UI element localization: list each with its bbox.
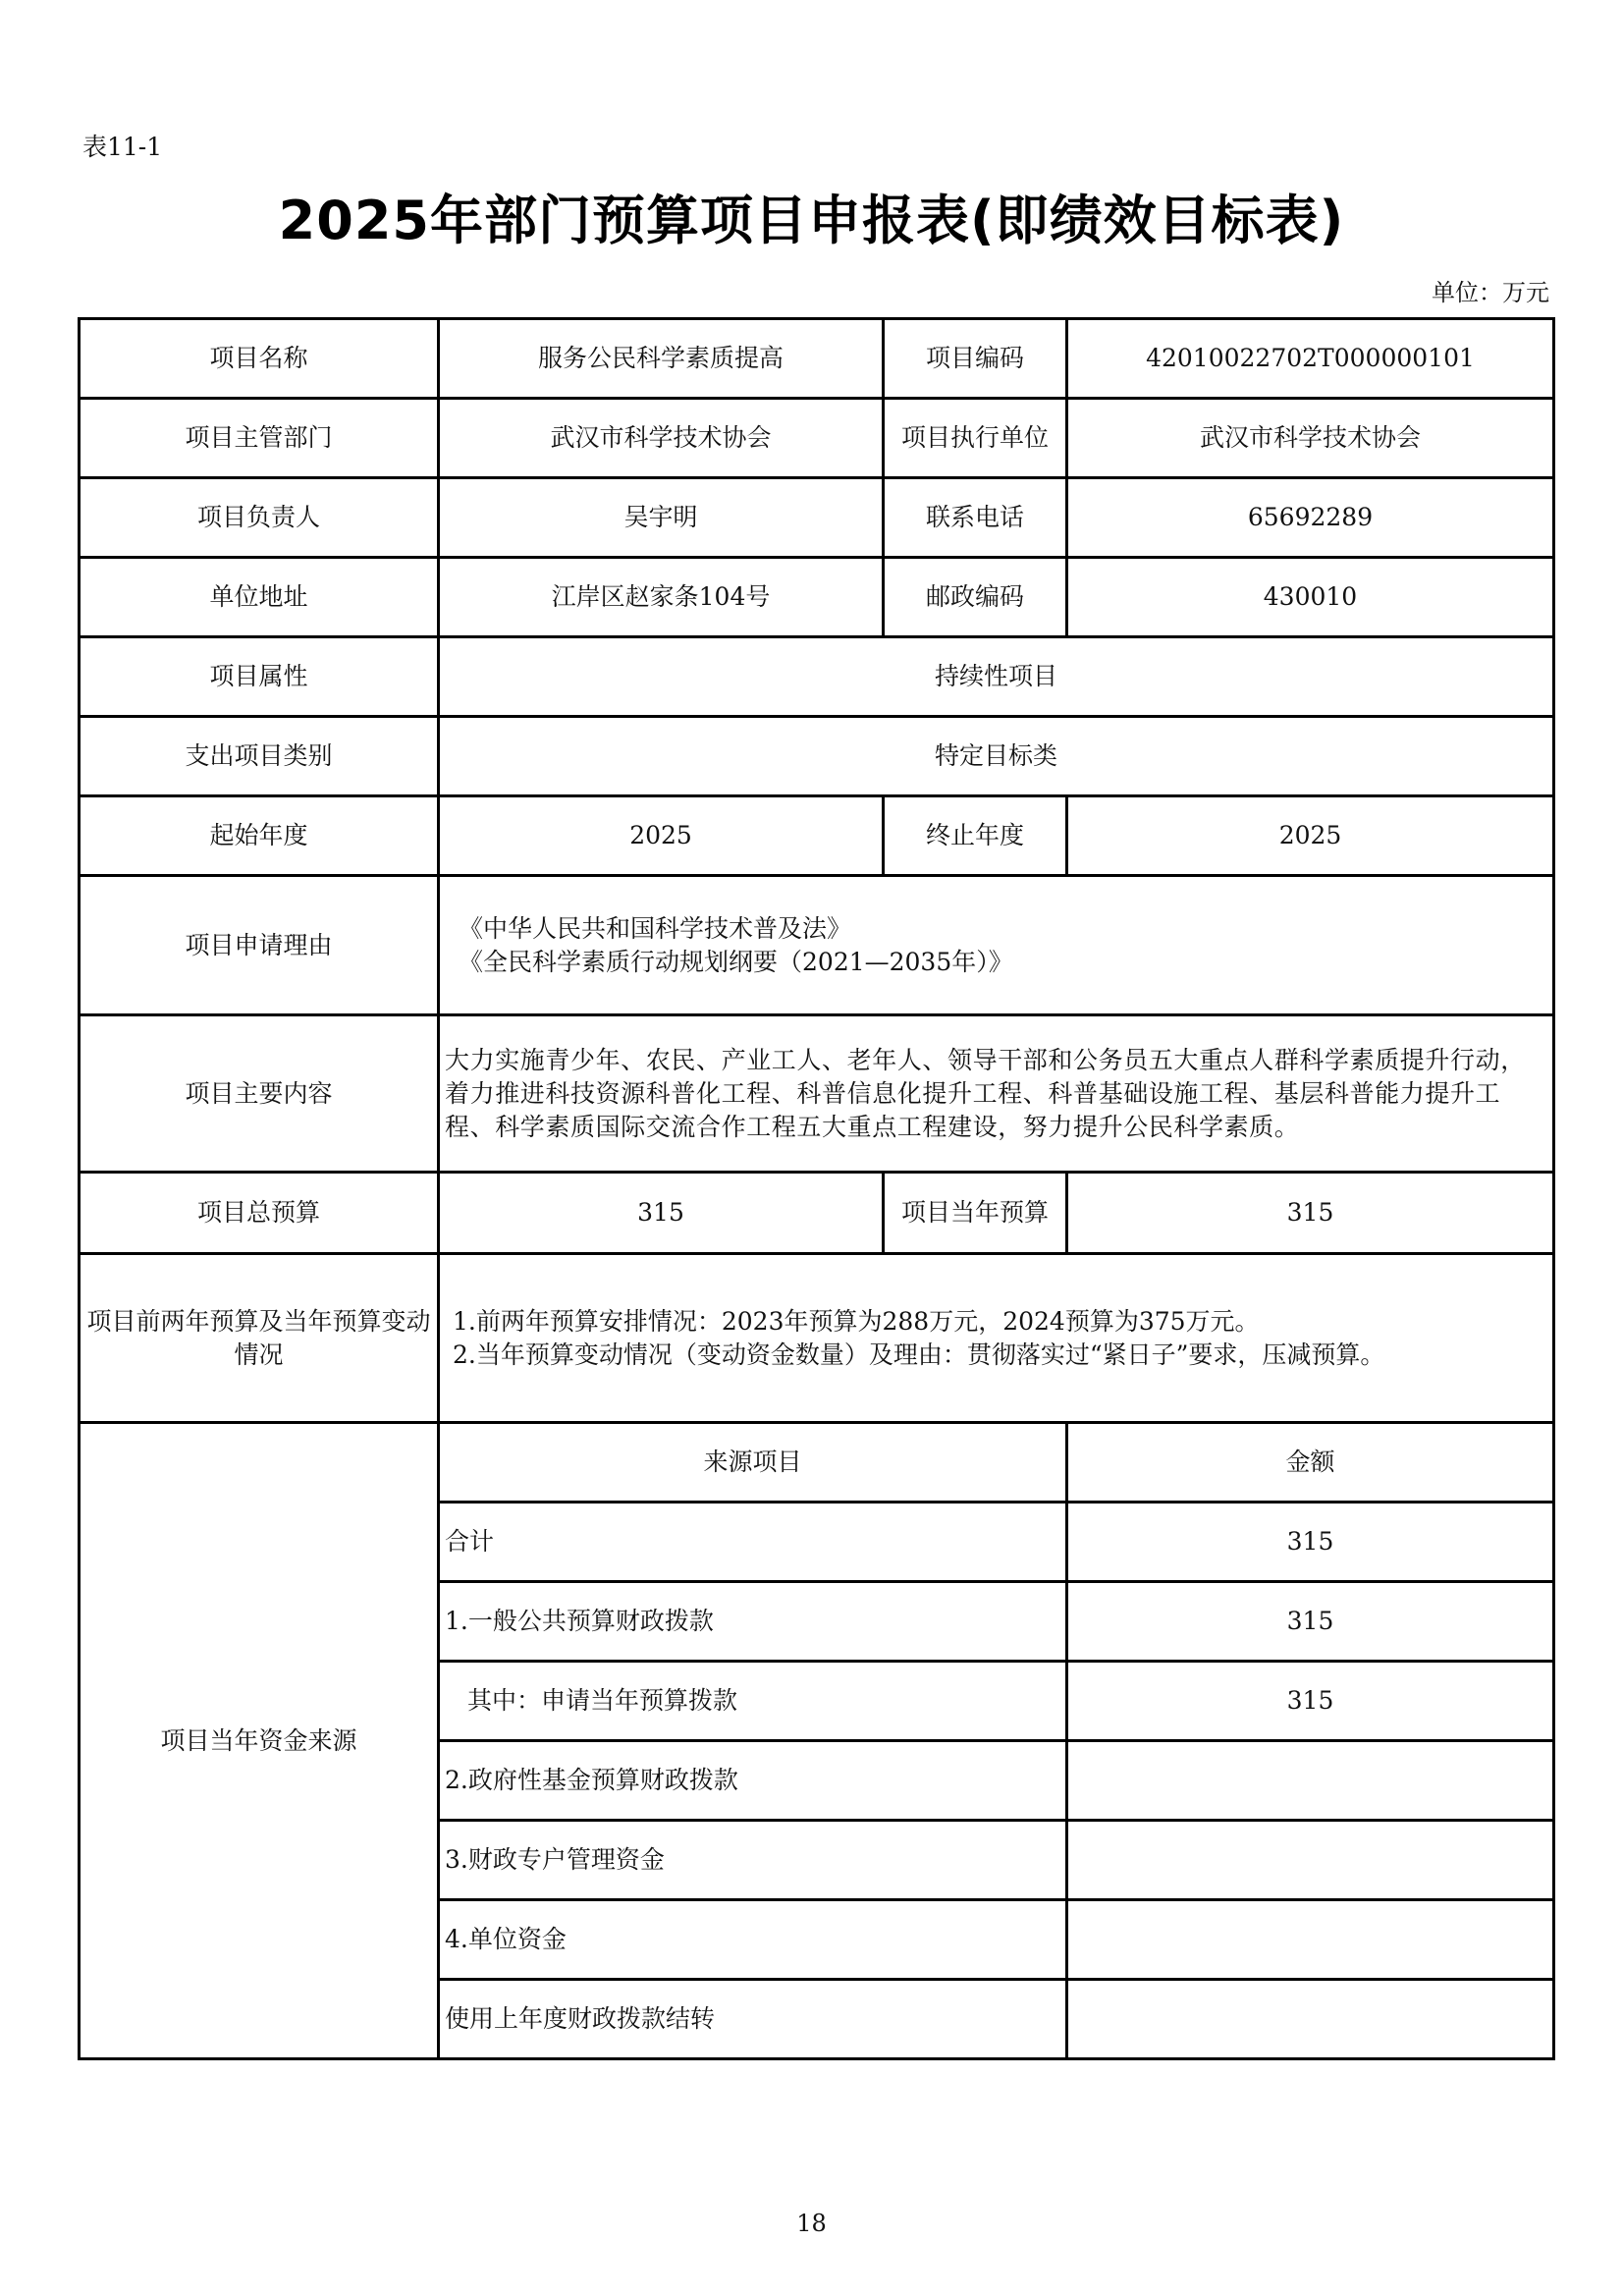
project-application-table: 项目名称 服务公民科学素质提高 项目编码 42010022702T0000001… xyxy=(78,317,1555,2060)
funding-source: 2.政府性基金预算财政拨款 xyxy=(439,1741,1067,1821)
funding-amount: 315 xyxy=(1067,1503,1554,1582)
label-budget-change: 项目前两年预算及当年预算变动情况 xyxy=(80,1254,439,1423)
funding-amount: 315 xyxy=(1067,1582,1554,1662)
label-end-year: 终止年度 xyxy=(884,796,1067,876)
table-row: 项目申请理由 《中华人民共和国科学技术普及法》 《全民科学素质行动规划纲要（20… xyxy=(80,876,1554,1015)
label-project-name: 项目名称 xyxy=(80,319,439,399)
funding-source: 使用上年度财政拨款结转 xyxy=(439,1980,1067,2059)
label-funding-source: 项目当年资金来源 xyxy=(80,1423,439,2059)
change-line-2: 2.当年预算变动情况（变动资金数量）及理由：贯彻落实过“紧日子”要求，压减预算。 xyxy=(445,1339,1546,1372)
label-project-code: 项目编码 xyxy=(884,319,1067,399)
funding-amount xyxy=(1067,1821,1554,1900)
table-number: 表11-1 xyxy=(82,128,162,163)
funding-amount xyxy=(1067,1900,1554,1980)
funding-source: 4.单位资金 xyxy=(439,1900,1067,1980)
table-row: 单位地址 江岸区赵家条104号 邮政编码 430010 xyxy=(80,558,1554,637)
value-total-budget: 315 xyxy=(439,1173,884,1254)
funding-source: 合计 xyxy=(439,1503,1067,1582)
label-address: 单位地址 xyxy=(80,558,439,637)
value-postcode: 430010 xyxy=(1067,558,1554,637)
table-row: 项目名称 服务公民科学素质提高 项目编码 42010022702T0000001… xyxy=(80,319,1554,399)
value-executor: 武汉市科学技术协会 xyxy=(1067,399,1554,478)
change-line-1: 1.前两年预算安排情况：2023年预算为288万元，2024预算为375万元。 xyxy=(445,1305,1546,1339)
label-total-budget: 项目总预算 xyxy=(80,1173,439,1254)
funding-header-row: 项目当年资金来源 来源项目 金额 xyxy=(80,1423,1554,1503)
value-project-name: 服务公民科学素质提高 xyxy=(439,319,884,399)
value-supervisor: 武汉市科学技术协会 xyxy=(439,399,884,478)
label-start-year: 起始年度 xyxy=(80,796,439,876)
label-executor: 项目执行单位 xyxy=(884,399,1067,478)
table-row: 项目负责人 吴宇明 联系电话 65692289 xyxy=(80,478,1554,558)
table-row: 项目属性 持续性项目 xyxy=(80,637,1554,717)
table-row: 项目总预算 315 项目当年预算 315 xyxy=(80,1173,1554,1254)
funding-source: 3.财政专户管理资金 xyxy=(439,1821,1067,1900)
value-project-code: 42010022702T000000101 xyxy=(1067,319,1554,399)
label-current-budget: 项目当年预算 xyxy=(884,1173,1067,1254)
table-row: 项目前两年预算及当年预算变动情况 1.前两年预算安排情况：2023年预算为288… xyxy=(80,1254,1554,1423)
value-current-budget: 315 xyxy=(1067,1173,1554,1254)
funding-amount xyxy=(1067,1980,1554,2059)
funding-amount: 315 xyxy=(1067,1662,1554,1741)
reason-line: 《中华人民共和国科学技术普及法》 xyxy=(445,912,1546,946)
funding-source: 其中：申请当年预算拨款 xyxy=(439,1662,1067,1741)
funding-amount xyxy=(1067,1741,1554,1821)
label-postcode: 邮政编码 xyxy=(884,558,1067,637)
value-reason: 《中华人民共和国科学技术普及法》 《全民科学素质行动规划纲要（2021—2035… xyxy=(439,876,1554,1015)
table-row: 项目主要内容 大力实施青少年、农民、产业工人、老年人、领导干部和公务员五大重点人… xyxy=(80,1015,1554,1173)
label-content: 项目主要内容 xyxy=(80,1015,439,1173)
label-leader: 项目负责人 xyxy=(80,478,439,558)
label-reason: 项目申请理由 xyxy=(80,876,439,1015)
page-title: 2025年部门预算项目申报表(即绩效目标表) xyxy=(0,179,1623,254)
unit-label: 单位：万元 xyxy=(1432,273,1549,307)
value-phone: 65692289 xyxy=(1067,478,1554,558)
value-content: 大力实施青少年、农民、产业工人、老年人、领导干部和公务员五大重点人群科学素质提升… xyxy=(439,1015,1554,1173)
value-start-year: 2025 xyxy=(439,796,884,876)
label-phone: 联系电话 xyxy=(884,478,1067,558)
value-leader: 吴宇明 xyxy=(439,478,884,558)
label-attribute: 项目属性 xyxy=(80,637,439,717)
page-number: 18 xyxy=(0,2210,1623,2237)
header-amount: 金额 xyxy=(1067,1423,1554,1503)
header-source: 来源项目 xyxy=(439,1423,1067,1503)
reason-line: 《全民科学素质行动规划纲要（2021—2035年）》 xyxy=(445,946,1546,979)
value-category: 特定目标类 xyxy=(439,717,1554,796)
value-attribute: 持续性项目 xyxy=(439,637,1554,717)
label-supervisor: 项目主管部门 xyxy=(80,399,439,478)
table-row: 项目主管部门 武汉市科学技术协会 项目执行单位 武汉市科学技术协会 xyxy=(80,399,1554,478)
value-budget-change: 1.前两年预算安排情况：2023年预算为288万元，2024预算为375万元。 … xyxy=(439,1254,1554,1423)
table-row: 起始年度 2025 终止年度 2025 xyxy=(80,796,1554,876)
value-end-year: 2025 xyxy=(1067,796,1554,876)
label-category: 支出项目类别 xyxy=(80,717,439,796)
table-row: 支出项目类别 特定目标类 xyxy=(80,717,1554,796)
funding-source: 1.一般公共预算财政拨款 xyxy=(439,1582,1067,1662)
value-address: 江岸区赵家条104号 xyxy=(439,558,884,637)
